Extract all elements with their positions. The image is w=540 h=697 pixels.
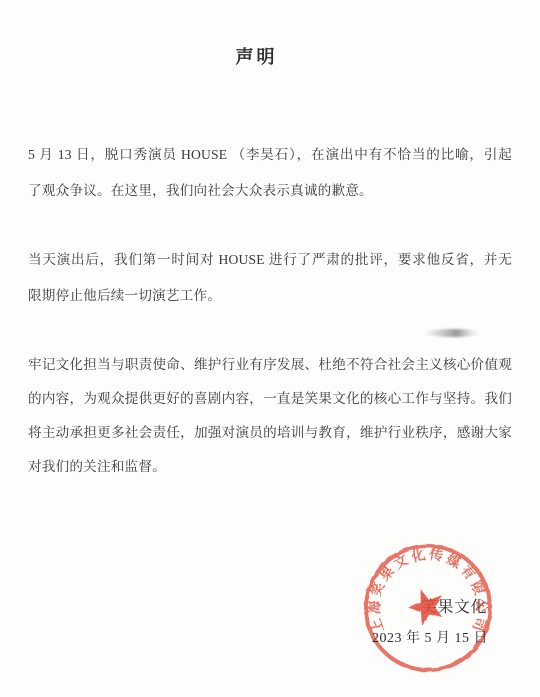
statement-document-page: 声明 5 月 13 日，脱口秀演员 HOUSE （李昊石），在演出中有不恰当的比… xyxy=(0,0,540,697)
statement-title: 声明 xyxy=(0,43,513,69)
statement-paragraph-3: 牢记文化担当与职责使命、维护行业有序发展、杜绝不符合社会主义核心价值观 的内容，… xyxy=(28,348,512,484)
statement-date: 2023 年 5 月 15 日 xyxy=(372,627,488,647)
paragraph-line: 5 月 13 日，脱口秀演员 HOUSE （李昊石），在演出中有不恰当的比喻，引… xyxy=(28,137,512,173)
paragraph-line: 当天演出后，我们第一时间对 HOUSE 进行了严肃的批评，要求他反省，并无 xyxy=(28,242,512,278)
paragraph-line: 将主动承担更多社会责任，加强对演员的培训与教育，维护行业秩序，感谢大家 xyxy=(28,416,512,450)
svg-text:上海笑果文化传媒有限公司: 上海笑果文化传媒有限公司 xyxy=(366,546,489,635)
company-seal: 上海笑果文化传媒有限公司 xyxy=(360,539,496,675)
paragraph-line: 牢记文化担当与职责使命、维护行业有序发展、杜绝不符合社会主义核心价值观 xyxy=(28,348,512,382)
paragraph-line: 对我们的关注和监督。 xyxy=(28,450,512,484)
seal-company-name: 上海笑果文化传媒有限公司 xyxy=(366,546,489,635)
statement-paragraph-2: 当天演出后，我们第一时间对 HOUSE 进行了严肃的批评，要求他反省，并无 限期… xyxy=(28,242,512,314)
paragraph-line: 限期停止他后续一切演艺工作。 xyxy=(28,278,512,314)
statement-paragraph-1: 5 月 13 日，脱口秀演员 HOUSE （李昊石），在演出中有不恰当的比喻，引… xyxy=(28,137,512,209)
star-icon xyxy=(404,583,450,628)
paragraph-line: 了观众争议。在这里，我们向社会大众表示真诚的歉意。 xyxy=(28,173,512,209)
scan-smudge-mark xyxy=(424,329,480,337)
paragraph-line: 的内容，为观众提供更好的喜剧内容，一直是笑果文化的核心工作与坚持。我们 xyxy=(28,382,512,416)
